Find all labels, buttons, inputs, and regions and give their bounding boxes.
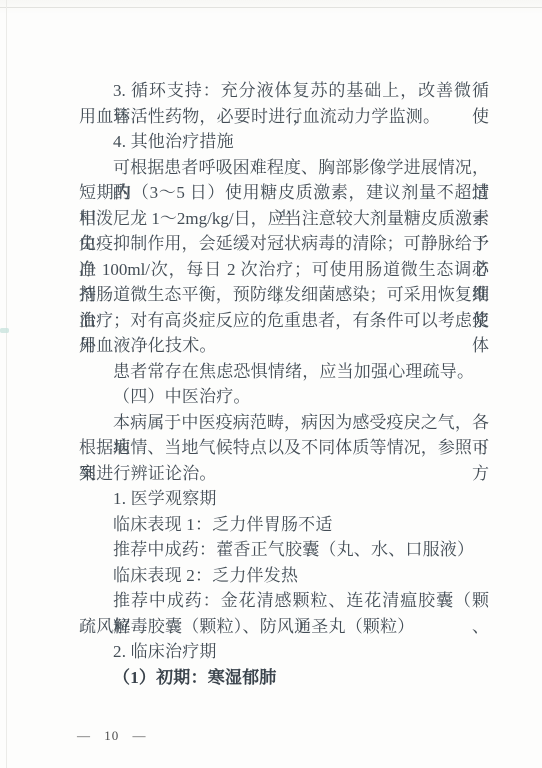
document-line: 2. 临床治疗期 — [79, 639, 489, 665]
document-line: 持肠道微生态平衡，预防继发细菌感染；可采用恢复期血浆 — [79, 282, 489, 308]
document-line: 短期内（3～5 日）使用糖皮质激素，建议剂量不超过相当于 — [79, 180, 489, 206]
document-line: 3. 循环支持：充分液体复苏的基础上，改善微循环，使 — [79, 78, 489, 104]
scan-left-edge-line — [6, 0, 7, 768]
document-line: 推荐中成药：藿香正气胶囊（丸、水、口服液） — [79, 537, 489, 563]
document-line: 甲泼尼龙 1～2mg/kg/日，应当注意较大剂量糖皮质激素由于 — [79, 206, 489, 232]
document-line: 用血管活性药物，必要时进行血流动力学监测。 — [79, 104, 489, 130]
page-number: — 10 — — [77, 726, 147, 746]
document-line: （四）中医治疗。 — [79, 384, 489, 410]
document-line: 患者常存在焦虑恐惧情绪，应当加强心理疏导。 — [79, 359, 489, 385]
document-line: 免疫抑制作用，会延缓对冠状病毒的清除；可静脉给予血必 — [79, 231, 489, 257]
document-line: 治疗；对有高炎症反应的危重患者，有条件可以考虑使用体 — [79, 308, 489, 334]
document-line: 净 100ml/次，每日 2 次治疗；可使用肠道微生态调节剂，维 — [79, 257, 489, 283]
document-line: 推荐中成药：金花清感颗粒、连花清瘟胶囊（颗粒）、 — [79, 588, 489, 614]
document-line: 本病属于中医疫病范畴，病因为感受疫戾之气，各地可 — [79, 410, 489, 436]
document-line: 临床表现 1：乏力伴胃肠不适 — [79, 512, 489, 538]
document-line: 根据病情、当地气候特点以及不同体质等情况，参照下列方 — [79, 435, 489, 461]
document-body: 3. 循环支持：充分液体复苏的基础上，改善微循环，使 用血管活性药物，必要时进行… — [79, 78, 489, 690]
scan-top-edge-line — [0, 7, 542, 8]
scan-speck — [0, 328, 9, 333]
document-line: 4. 其他治疗措施 — [79, 129, 489, 155]
document-line: 可根据患者呼吸困难程度、胸部影像学进展情况，酌情 — [79, 155, 489, 181]
document-line: 1. 医学观察期 — [79, 486, 489, 512]
document-line-heading: （1）初期：寒湿郁肺 — [79, 665, 489, 691]
scanned-document-page: 3. 循环支持：充分液体复苏的基础上，改善微循环，使 用血管活性药物，必要时进行… — [0, 0, 542, 768]
document-line: 临床表现 2：乏力伴发热 — [79, 563, 489, 589]
